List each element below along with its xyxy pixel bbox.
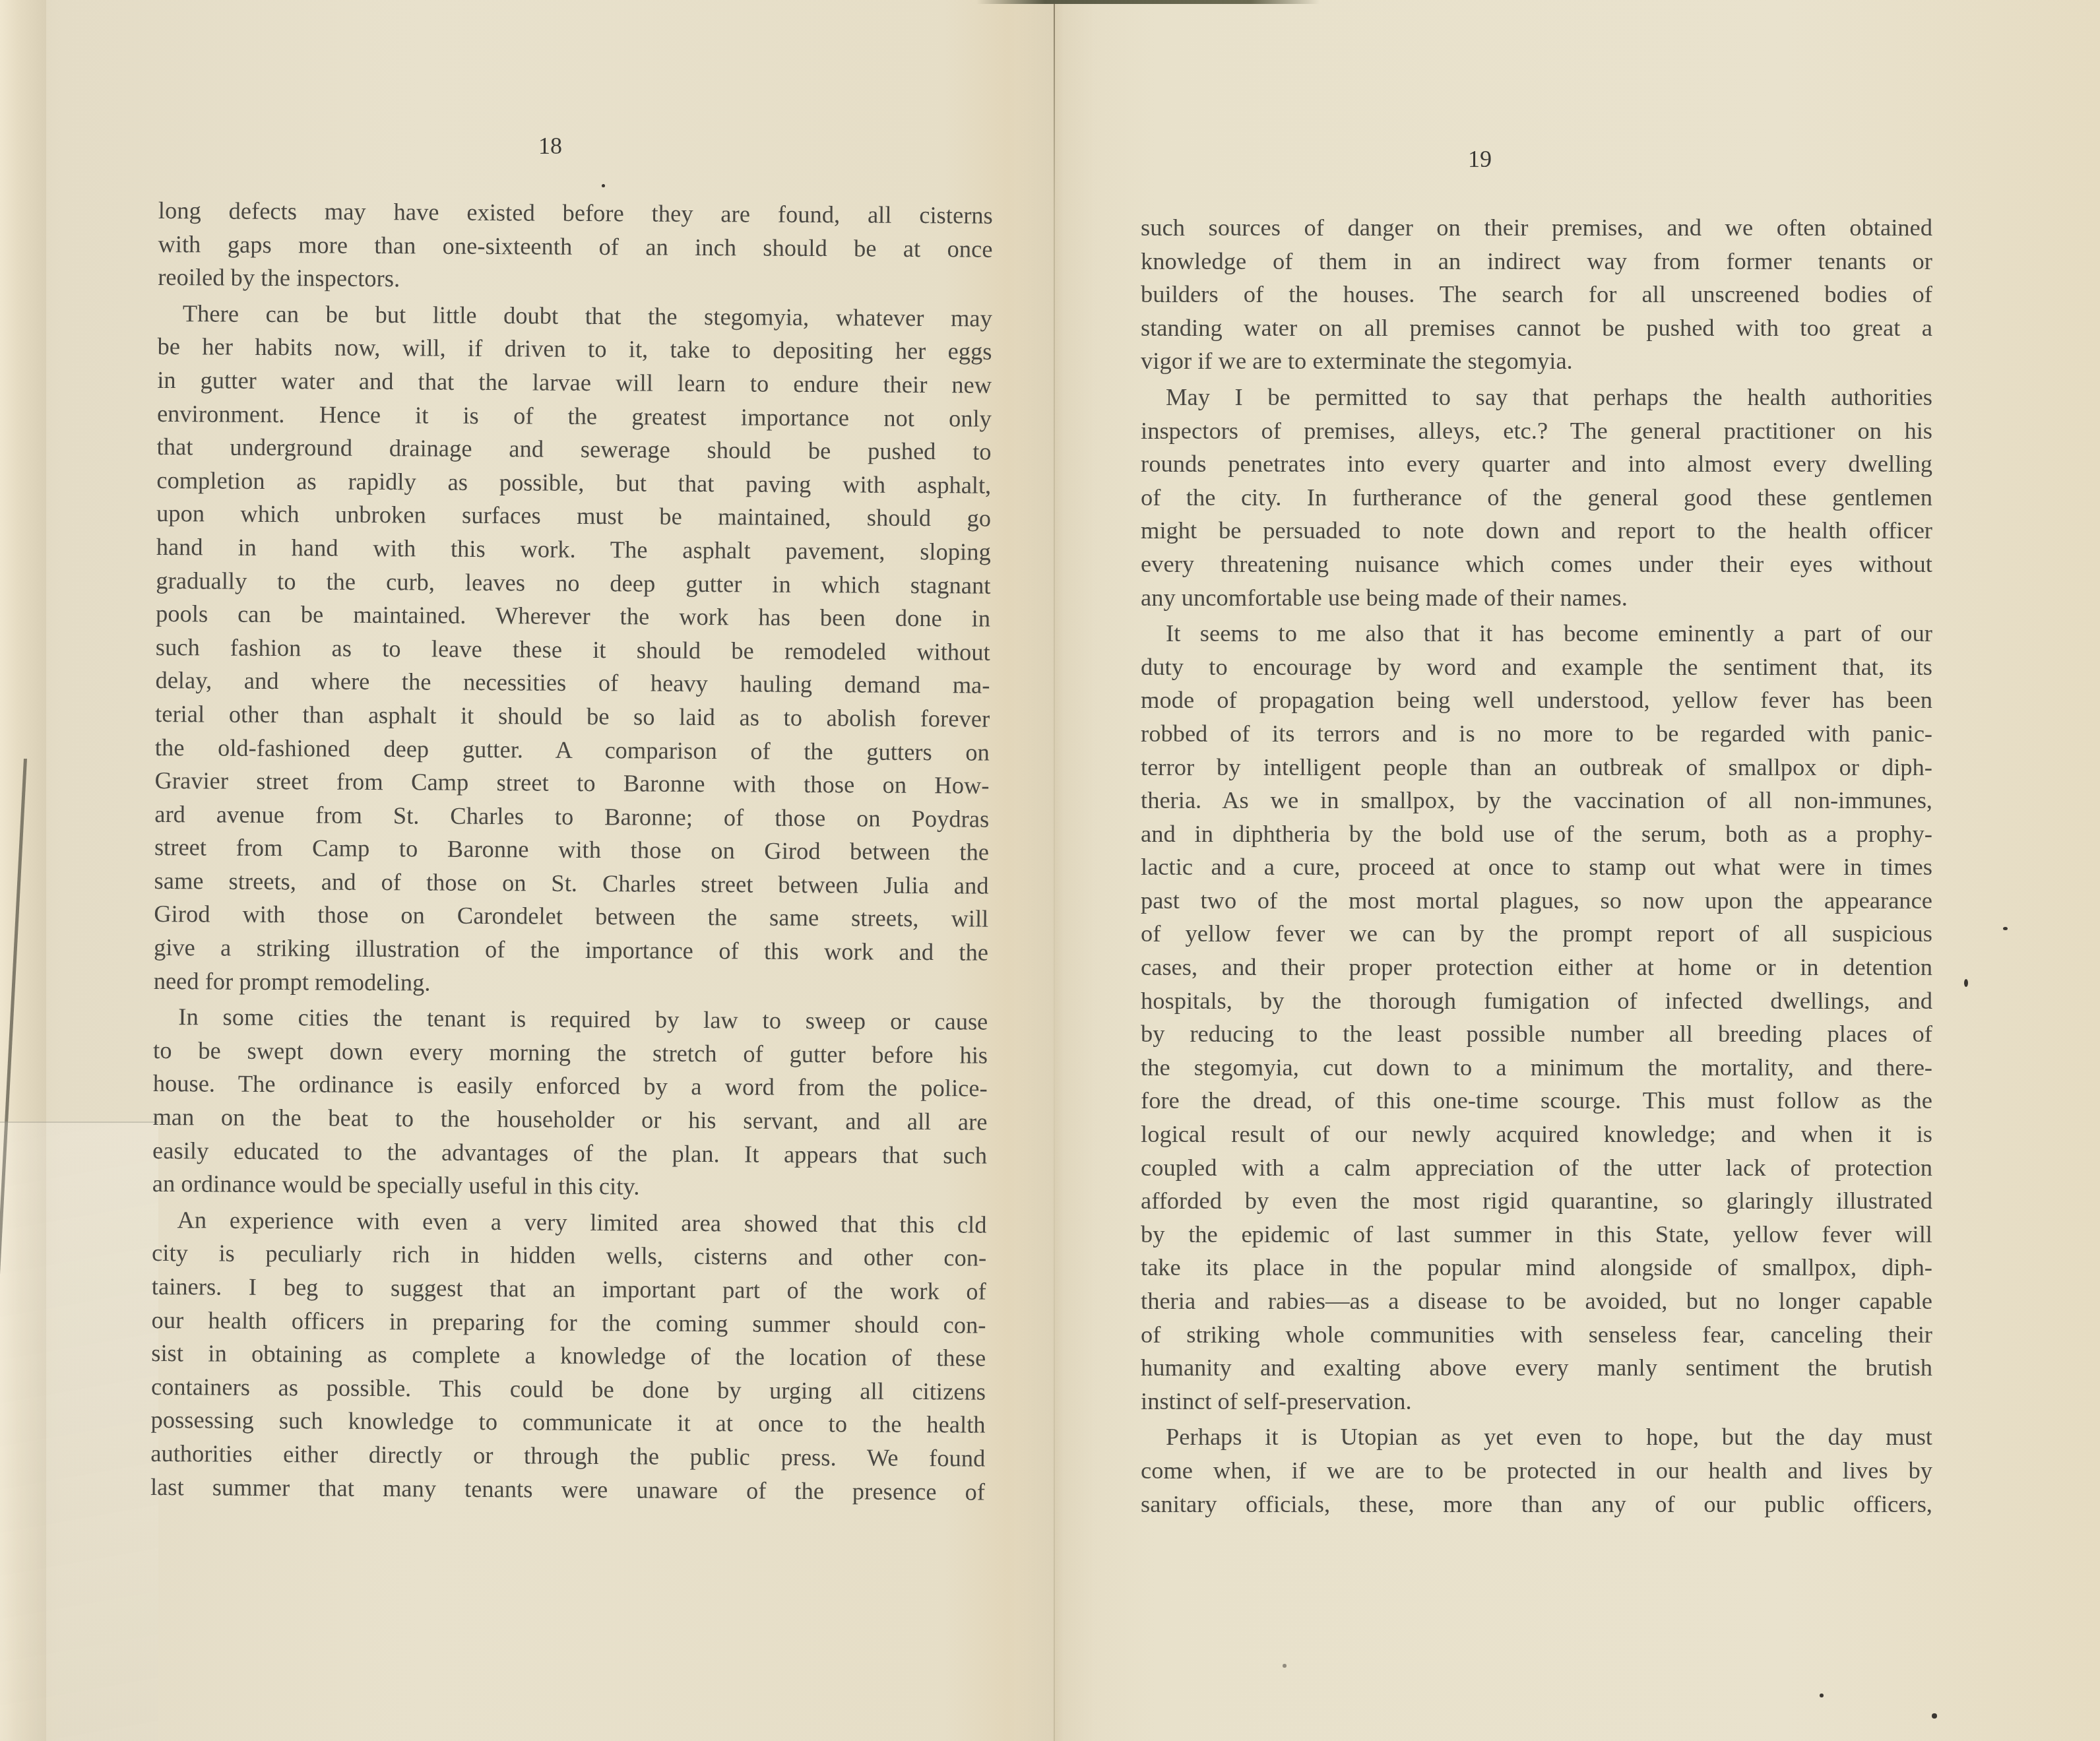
text-line: might be persuaded to note down and repo… <box>1141 514 1932 548</box>
text-line: easily educated to the advantages of the… <box>152 1134 987 1172</box>
text-line: rounds penetrates into every quarter and… <box>1141 447 1932 481</box>
text-line: logical result of our newly acquired kno… <box>1141 1118 1932 1151</box>
text-line: an ordinance would be specially useful i… <box>152 1167 987 1205</box>
text-line: such sources of danger on their premises… <box>1141 211 1932 245</box>
text-line: afforded by even the most rigid quaranti… <box>1141 1184 1932 1218</box>
right-page: 19 such sources of danger on their premi… <box>1055 0 2100 1741</box>
page-number: 19 <box>1468 145 1492 173</box>
text-line: need for prompt remodeling. <box>154 965 988 1003</box>
text-line: terror by intelligent people than an out… <box>1141 751 1932 784</box>
paragraph: long defects may have existed before the… <box>158 194 993 300</box>
text-line: upon which unbroken surfaces must be mai… <box>156 497 991 535</box>
text-line: sist in obtaining as complete a knowledg… <box>151 1337 986 1375</box>
text-line: last summer that many tenants were unawa… <box>150 1471 985 1509</box>
text-line: by reducing to the least possible number… <box>1141 1017 1932 1051</box>
text-line: theria and rabies—as a disease to be avo… <box>1141 1284 1932 1318</box>
book-spread: 18 long defects may have existed before … <box>0 0 2100 1741</box>
page-body: such sources of danger on their premises… <box>1141 211 1932 1521</box>
text-line: with gaps more than one-sixteenth of an … <box>158 228 992 266</box>
text-line: It seems to me also that it has become e… <box>1141 617 1932 650</box>
text-line: containers as possible. This could be do… <box>151 1370 986 1409</box>
text-line: city is peculiarly rich in hidden wells,… <box>152 1236 986 1275</box>
text-line: every threatening nuisance which comes u… <box>1141 548 1932 581</box>
text-line: instinct of self-preservation. <box>1141 1385 1932 1418</box>
ink-speck <box>1932 1713 1937 1719</box>
paragraph: An experience with even a very limited a… <box>150 1203 987 1509</box>
ink-speck <box>1283 1664 1287 1668</box>
text-line: hospitals, by the thorough fumigation of… <box>1141 984 1932 1018</box>
text-line: standing water on all premises cannot be… <box>1141 311 1932 345</box>
text-line: theria. As we in smallpox, by the vaccin… <box>1141 784 1932 817</box>
text-line: There can be but little doubt that the s… <box>158 297 992 335</box>
text-line: past two of the most mortal plagues, so … <box>1141 884 1932 918</box>
text-line: Gravier street from Camp street to Baron… <box>154 764 989 802</box>
ink-speck <box>1964 979 1968 987</box>
text-line: duty to encourage by word and example th… <box>1141 650 1932 684</box>
text-line: mode of propagation being well understoo… <box>1141 683 1932 717</box>
text-line: May I be permitted to say that perhaps t… <box>1141 381 1932 414</box>
text-line: ard avenue from St. Charles to Baronne; … <box>154 798 989 836</box>
text-line: tainers. I beg to suggest that an import… <box>152 1270 986 1308</box>
paragraph: In some cities the tenant is required by… <box>152 1000 988 1205</box>
text-line: coupled with a calm appreciation of the … <box>1141 1151 1932 1185</box>
text-line: take its place in the popular mind along… <box>1141 1251 1932 1284</box>
text-line: possessing such knowledge to communicate… <box>150 1403 985 1441</box>
text-line: lactic and a cure, proceed at once to st… <box>1141 850 1932 884</box>
ink-speck <box>1820 1694 1824 1697</box>
text-line: same streets, and of those on St. Charle… <box>154 864 988 902</box>
text-line: inspectors of premises, alleys, etc.? Th… <box>1141 414 1932 448</box>
text-line: by the epidemic of last summer in this S… <box>1141 1218 1932 1251</box>
text-line: and in diphtheria by the bold use of the… <box>1141 817 1932 851</box>
text-line: such fashion as to leave these it should… <box>156 631 990 669</box>
paragraph: such sources of danger on their premises… <box>1141 211 1932 378</box>
text-line: our health officers in preparing for the… <box>151 1304 986 1342</box>
left-page: 18 long defects may have existed before … <box>46 0 1054 1741</box>
text-line: of the city. In furtherance of the gener… <box>1141 481 1932 515</box>
paragraph: There can be but little doubt that the s… <box>154 297 992 1003</box>
text-line: pools can be maintained. Wherever the wo… <box>156 597 990 635</box>
text-line: come when, if we are to be protected in … <box>1141 1454 1932 1488</box>
text-line: Girod with those on Carondelet between t… <box>154 897 988 935</box>
text-line: of striking whole communities with sense… <box>1141 1318 1932 1352</box>
text-line: reoiled by the inspectors. <box>158 261 992 299</box>
paragraph: Perhaps it is Utopian as yet even to hop… <box>1141 1420 1932 1521</box>
text-line: of yellow fever we can by the prompt rep… <box>1141 917 1932 951</box>
text-line: give a striking illustration of the impo… <box>154 931 988 969</box>
text-line: gradually to the curb, leaves no deep gu… <box>156 564 990 602</box>
text-line: An experience with even a very limited a… <box>152 1203 986 1242</box>
text-line: be her habits now, will, if driven to it… <box>157 330 992 368</box>
text-line: hand in hand with this work. The asphalt… <box>156 530 991 569</box>
text-line: In some cities the tenant is required by… <box>153 1000 988 1038</box>
text-line: humanity and exalting above every manly … <box>1141 1351 1932 1385</box>
text-line: knowledge of them in an indirect way fro… <box>1141 245 1932 278</box>
text-line: long defects may have existed before the… <box>158 194 993 232</box>
text-line: any uncomfortable use being made of thei… <box>1141 581 1932 615</box>
text-line: the stegomyia, cut down to a minimum the… <box>1141 1051 1932 1085</box>
page-number: 18 <box>538 132 562 160</box>
text-line: builders of the houses. The search for a… <box>1141 278 1932 311</box>
text-line: to be swept down every morning the stret… <box>153 1034 988 1072</box>
ink-speck <box>2003 927 2008 930</box>
text-line: authorities either directly or through t… <box>150 1437 985 1475</box>
text-line: man on the beat to the householder or hi… <box>152 1100 987 1139</box>
text-line: cases, and their proper protection eithe… <box>1141 951 1932 984</box>
text-line: vigor if we are to exterminate the stego… <box>1141 344 1932 378</box>
text-line: street from Camp to Baronne with those o… <box>154 831 989 869</box>
text-line: fore the dread, of this one-time scourge… <box>1141 1084 1932 1118</box>
text-line: Perhaps it is Utopian as yet even to hop… <box>1141 1420 1932 1454</box>
text-line: in gutter water and that the larvae will… <box>157 364 992 402</box>
text-line: completion as rapidly as possible, but t… <box>156 464 991 502</box>
text-line: robbed of its terrors and is no more to … <box>1141 717 1932 751</box>
text-line: environment. Hence it is of the greatest… <box>157 397 992 435</box>
text-line: sanitary officials, these, more than any… <box>1141 1488 1932 1521</box>
text-line: house. The ordinance is easily enforced … <box>153 1067 988 1105</box>
paragraph: It seems to me also that it has become e… <box>1141 617 1932 1418</box>
text-line: delay, and where the necessities of heav… <box>155 664 990 702</box>
text-line: that underground drainage and sewerage s… <box>157 430 992 468</box>
page-body: long defects may have existed before the… <box>150 194 993 1509</box>
text-line: terial other than asphalt it should be s… <box>155 697 990 736</box>
paragraph: May I be permitted to say that perhaps t… <box>1141 381 1932 614</box>
text-line: the old-fashioned deep gutter. A compari… <box>155 730 990 769</box>
ink-speck <box>602 184 605 187</box>
